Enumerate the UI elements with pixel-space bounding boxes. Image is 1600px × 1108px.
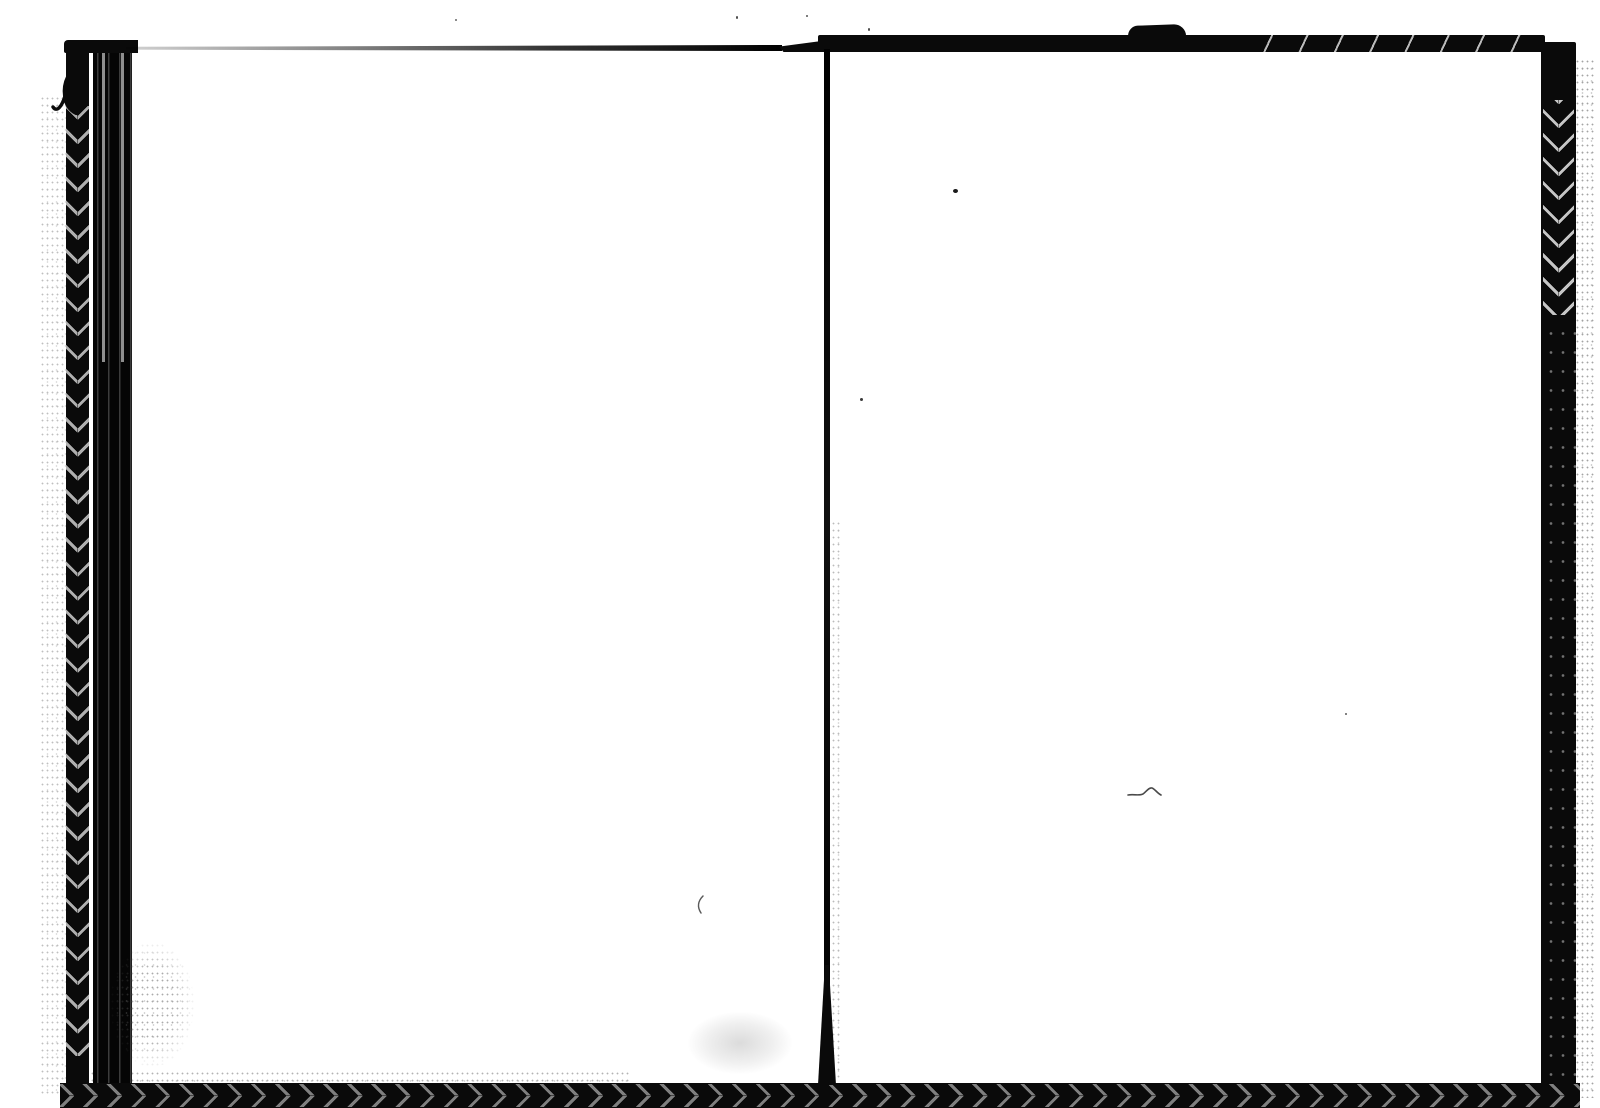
- scan-noise-left: [40, 95, 68, 1095]
- cover-right-edge: [1541, 42, 1576, 1100]
- chevron-pattern-right: [1543, 100, 1574, 315]
- ink-dot: [736, 16, 738, 19]
- book-scan: [0, 0, 1600, 1108]
- ink-dot: [953, 189, 958, 193]
- page-stack-streaks: [93, 52, 132, 362]
- cover-top-bump: [1128, 24, 1186, 41]
- right-edge-specks: [1541, 322, 1576, 1090]
- paren-mark-icon: [694, 894, 706, 915]
- ink-dot: [806, 15, 808, 17]
- cover-top-left-cap: [64, 40, 138, 53]
- ink-dot: [860, 398, 863, 401]
- top-edge-slash-pattern: [1238, 35, 1544, 52]
- hook-mark-icon: [50, 60, 84, 118]
- gutter-line: [824, 49, 830, 1085]
- right-page: [831, 52, 1541, 1083]
- chevron-pattern-left: [66, 106, 89, 1056]
- chevron-pattern-bottom: [60, 1084, 1580, 1107]
- toner-smudge: [688, 1012, 792, 1074]
- left-page: [132, 50, 824, 1083]
- scan-noise-right: [1575, 58, 1594, 1098]
- corner-toner-dither: [110, 942, 194, 1067]
- squiggle-mark-icon: [1126, 782, 1168, 800]
- scan-noise-bottom: [70, 1070, 630, 1084]
- ink-dot: [1345, 713, 1347, 715]
- gutter-noise: [831, 520, 840, 1080]
- cover-bottom-edge: [60, 1083, 1580, 1108]
- ink-dot: [868, 28, 870, 31]
- page-stack-edge: [93, 42, 132, 1098]
- ink-dot: [455, 19, 457, 21]
- cover-left-edge: [66, 46, 89, 1096]
